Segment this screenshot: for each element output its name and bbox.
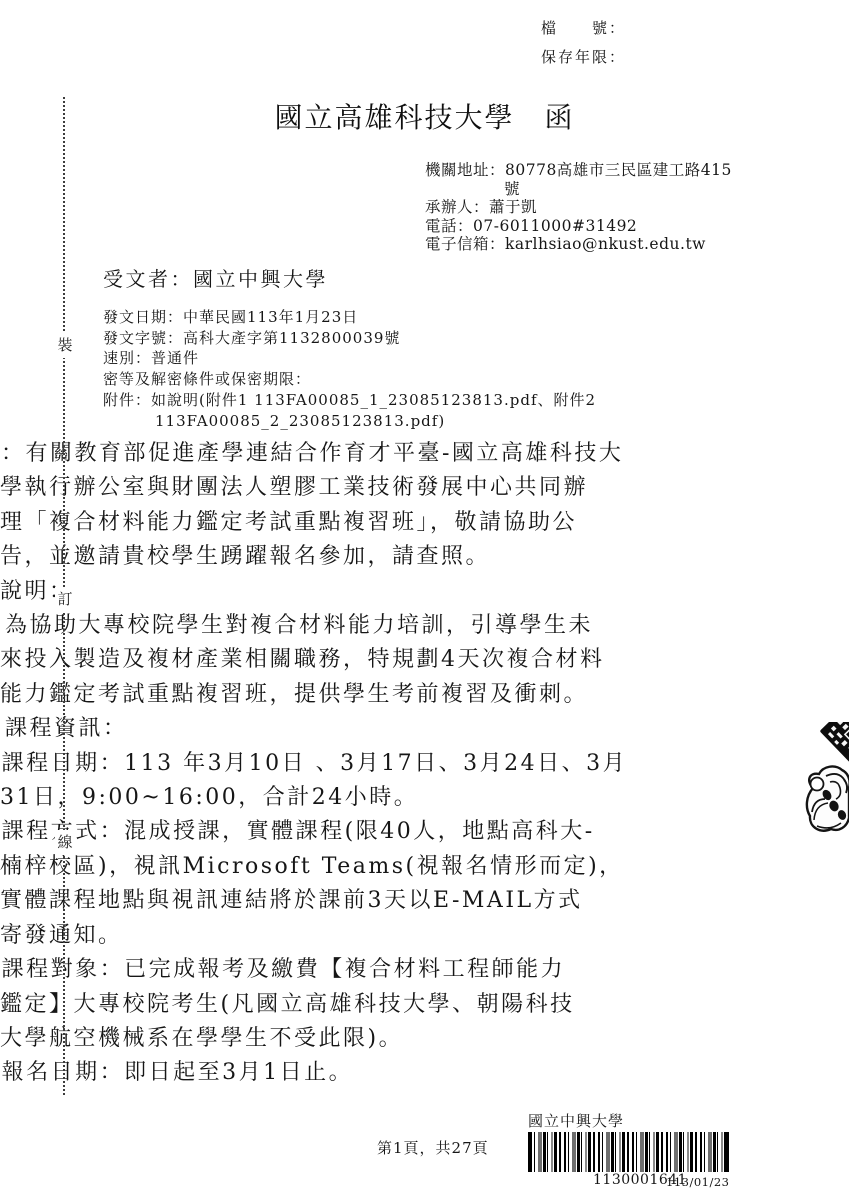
document-body: 主旨：有關教育部促進產學連結合作育才平臺-國立高雄科技大 學執行辦公室與財團法人… xyxy=(0,437,828,1091)
description-item-1: 一、為協助大專校院學生對複合材料能力培訓，引導學生未 來投入製造及複材產業相關職… xyxy=(0,609,828,712)
course-audience-item: (三)課程對象：已完成報考及繳費【複合材料工程師能力 鑑定】大專校院考生(凡國立… xyxy=(0,953,828,1056)
barcode xyxy=(528,1132,729,1172)
attachment-line: 附件：如說明(附件1 113FA00085_1_23085123813.pdf、… xyxy=(103,390,596,431)
file-number-label: 檔 號： xyxy=(541,14,626,43)
security-class-line: 密等及解密條件或保密期限： xyxy=(103,369,596,390)
course-format-item: (二)課程方式：混成授課，實體課程(限40人，地點高科大- 楠梓校區)，視訊Mi… xyxy=(0,815,828,953)
doc-number-line: 發文字號：高科大產字第1132800039號 xyxy=(103,328,596,349)
binding-mark-ding: 訂 xyxy=(55,587,75,612)
speed-class-line: 速別：普通件 xyxy=(103,348,596,369)
barcode-recipient-label: 國立中興大學 xyxy=(528,1110,624,1131)
retention-period-label: 保存年限： xyxy=(541,43,626,72)
document-title: 國立高雄科技大學 函 xyxy=(0,96,849,136)
sender-address: 機關地址：80778高雄市三民區建工路415 號 xyxy=(425,161,775,198)
scanned-official-letter: 檔 號： 保存年限： 國立高雄科技大學 函 機關地址：80778高雄市三民區建工… xyxy=(0,0,849,1200)
sender-email: 電子信箱：karlhsiao@nkust.edu.tw xyxy=(425,235,775,254)
description-label: 說明： xyxy=(0,575,828,609)
binding-mark-zhuang: 裝 xyxy=(55,333,75,358)
description-item-2: 二、課程資訊： xyxy=(0,712,828,746)
subject-paragraph: 主旨：有關教育部促進產學連結合作育才平臺-國立高雄科技大 學執行辦公室與財團法人… xyxy=(0,437,828,575)
issue-date-line: 發文日期：中華民國113年1月23日 xyxy=(103,307,596,328)
receipt-stamp-graphic xyxy=(800,722,849,846)
binding-dotted-line: 裝 訂 線 xyxy=(63,97,65,1095)
archive-labels: 檔 號： 保存年限： xyxy=(541,14,626,72)
page-indicator: 第1頁，共27頁 xyxy=(377,1137,489,1158)
sender-phone: 電話：07-6011000#31492 xyxy=(425,217,775,236)
recipient-line: 受文者：國立中興大學 xyxy=(103,263,328,292)
sender-info-block: 機關地址：80778高雄市三民區建工路415 號 承辦人：蕭于凱 電話：07-6… xyxy=(425,161,775,254)
binding-mark-xian: 線 xyxy=(55,830,75,855)
course-date-item: (一)課程日期：113 年3月10日 、3月17日、3月24日、3月 31日，9… xyxy=(0,747,828,816)
receipt-stamp xyxy=(800,722,849,846)
barcode-date: 113/01/23 xyxy=(666,1175,729,1189)
document-metadata: 發文日期：中華民國113年1月23日 發文字號：高科大產字第1132800039… xyxy=(103,307,596,431)
registration-date-item: (四)報名日期：即日起至3月1日止。 xyxy=(0,1056,828,1090)
sender-contact-person: 承辦人：蕭于凱 xyxy=(425,198,775,217)
